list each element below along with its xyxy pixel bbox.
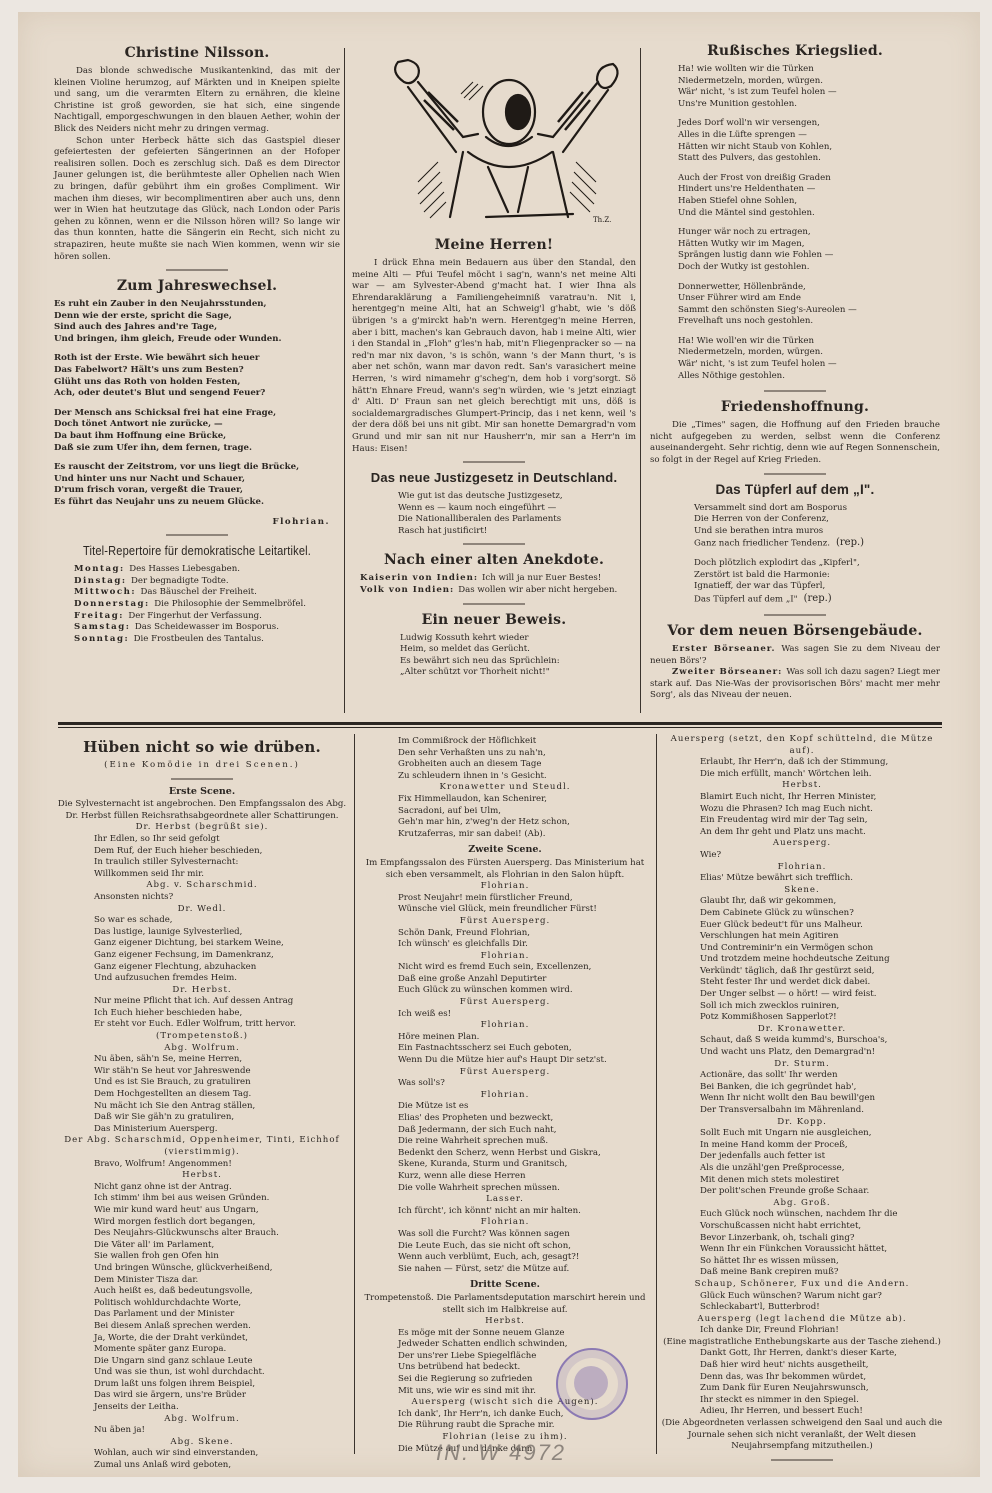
- verse-line: Bei Banken, die ich gegründet hab',: [660, 1082, 944, 1094]
- verse-line: Wenn es — kaum noch eingeführt —: [398, 503, 636, 515]
- repertoire-item: Montag: Des Hasses Liebesgaben.: [74, 564, 340, 576]
- left-top-column: Christine Nilsson. Das blonde schwedisch…: [54, 44, 340, 645]
- divider: [764, 390, 826, 392]
- verse-line: Blamirt Euch nicht, Ihr Herren Minister,: [660, 792, 944, 804]
- verse-line: Und wacht uns Platz, den Demargrad'n!: [660, 1047, 944, 1059]
- stanza: Ha! Wie woll'en wir die TürkenNiedermetz…: [678, 336, 940, 382]
- verse-line: Er steht vor Euch. Edler Wolfrum, tritt …: [54, 1019, 350, 1031]
- stage-direction: Im Empfangssalon des Fürsten Auersperg. …: [358, 858, 652, 881]
- verse-line: Sie nahen — Fürst, setz' die Mütze auf.: [358, 1264, 652, 1276]
- verse-line: Uns're Munition gestohlen.: [678, 99, 940, 111]
- verse-line: Dankt Gott, Ihr Herren, dankt's dieser K…: [660, 1348, 944, 1360]
- verse-line: Vorschußcassen nicht habt errichtet,: [660, 1221, 944, 1233]
- speaker-name: Herbst.: [358, 1316, 652, 1328]
- verse-line: Haben Stiefel ohne Sohlen,: [678, 196, 940, 208]
- comedy-title: Hüben nicht so wie drüben.: [54, 738, 350, 756]
- verse-line: Wenn Du die Mütze hier auf's Haupt Dir s…: [358, 1055, 652, 1067]
- verse-line: Ganz nach friedlicher Tendenz.(rep.): [694, 537, 940, 550]
- verse-line: Es ruht ein Zauber in den Neujahrsstunde…: [54, 299, 340, 311]
- verse-line: Roth ist der Erste. Wie bewährt sich heu…: [54, 353, 340, 365]
- verse-line: Die mich erfüllt, manch' Wörtchen leih.: [660, 769, 944, 781]
- verse-line: Fix Himmellaudon, kan Schenirer,: [358, 794, 652, 806]
- verse-line: Ha! Wie woll'en wir die Türken: [678, 336, 940, 348]
- verse-line: Die Rührung raubt die Sprache mir.: [358, 1420, 652, 1432]
- speaker-name: Der Abg. Scharschmid, Oppenheimer, Tinti…: [54, 1135, 350, 1158]
- speaker-name: Flohrian.: [358, 1217, 652, 1229]
- verse-line: Hätten wir nicht Staub von Kohlen,: [678, 142, 940, 154]
- repertoire-item: Dinstag: Der begnadigte Todte.: [74, 576, 340, 588]
- speaker-name: Abg. Groß.: [660, 1198, 944, 1210]
- speaker-name: Kronawetter und Steudl.: [358, 782, 652, 794]
- verse-line: Wozu die Phrasen? Ich mag Euch nicht.: [660, 804, 944, 816]
- verse-line: Ein Fastnachtsscherz sei Euch geboten,: [358, 1043, 652, 1055]
- speaker-name: Schaup, Schönerer, Fux und die Andern.: [660, 1279, 944, 1291]
- verse-line: Zu schleudern ihnen in 's Gesicht.: [358, 771, 652, 783]
- divider: [463, 603, 525, 605]
- verse-line: Dem Minister Tisza dar.: [54, 1275, 350, 1287]
- verse-line: Prost Neujahr! mein fürstlicher Freund,: [358, 893, 652, 905]
- stage-direction: (Eine magistratliche Enthebungskarte aus…: [660, 1337, 944, 1349]
- verse-line: Dem Hochgestellten an diesem Tag.: [54, 1089, 350, 1101]
- column-rule: [344, 48, 345, 713]
- paragraph: Das blonde schwedische Musikantenkind, d…: [54, 66, 340, 136]
- verse-line: Ich Euch hieher beschieden habe,: [54, 1008, 350, 1020]
- verse-line: Bevor Linzerbank, oh, tschali ging?: [660, 1233, 944, 1245]
- stanza: Der Mensch ans Schicksal frei hat eine F…: [54, 408, 340, 454]
- middle-top-column: Meine Herren! I drück Ehna mein Bedauern…: [352, 236, 636, 679]
- divider: [771, 1459, 833, 1461]
- verse-line: Sollt Euch mit Ungarn nie ausgleichen,: [660, 1128, 944, 1140]
- repertoire-item: Mittwoch: Das Bäuschel der Freiheit.: [74, 587, 340, 599]
- paragraph: Schon unter Herbeck hätte sich das Gasts…: [54, 136, 340, 264]
- verse-line: Wie?: [660, 850, 944, 862]
- repertoire-item: Samstag: Das Scheidewasser im Bosporus.: [74, 622, 340, 634]
- verse-line: Kurz, wenn alle diese Herren: [358, 1171, 652, 1183]
- verse-line: Ihr steckt es nimmer in den Spiegel.: [660, 1395, 944, 1407]
- article-title-jahreswechsel: Zum Jahreswechsel.: [54, 277, 340, 295]
- speaker-name: Abg. v. Scharschmid.: [54, 880, 350, 892]
- scene-heading: Zweite Scene.: [358, 844, 652, 856]
- verse-line: Krutzaferras, mir san dabei! (Ab).: [358, 829, 652, 841]
- verse-line: Das Fabelwort? Hält's uns zum Besten?: [54, 365, 340, 377]
- verse-line: Alles Nöthige gestohlen.: [678, 371, 940, 383]
- verse-line: Drum laßt uns folgen ihrem Beispiel,: [54, 1379, 350, 1391]
- scene-heading: Dritte Scene.: [358, 1279, 652, 1291]
- verse-line: Daß sie zum Ufer ihn, dem fernen, trage.: [54, 443, 340, 455]
- verse-line: Versammelt sind dort am Bosporus: [694, 503, 940, 515]
- stanza: Auch der Frost von dreißig GradenHindert…: [678, 173, 940, 219]
- verse-line: Bravo, Wolfrum! Angenommen!: [54, 1159, 350, 1171]
- verse-line: Nu äben, säh'n Se, meine Herren,: [54, 1054, 350, 1066]
- speech: Das wollen wir aber nicht hergeben.: [458, 585, 617, 595]
- verse-line: Ja, Worte, die der Draht verkündet,: [54, 1333, 350, 1345]
- article-title-kriegslied: Rußisches Kriegslied.: [650, 42, 940, 60]
- speaker-name: Auersperg (legt lachend die Mütze ab).: [660, 1314, 944, 1326]
- friedenshoffnung-text: Die „Times" sagen, die Hoffnung auf den …: [650, 420, 940, 466]
- stanza: Versammelt sind dort am BosporusDie Herr…: [694, 503, 940, 551]
- verse-line: Der Unger selbst — o hört! — wird feist.: [660, 989, 944, 1001]
- verse-line: Das Tüpferl auf dem „I"(rep.): [694, 593, 940, 606]
- verse-line: Doch der Wutky ist gestohlen.: [678, 262, 940, 274]
- speaker-name: Lasser.: [358, 1194, 652, 1206]
- speaker: Zweiter Börseaner:: [672, 667, 786, 677]
- verse-line: Euch Glück noch wünschen, nachdem Ihr di…: [660, 1209, 944, 1221]
- speaker-name: Abg. Wolfrum.: [54, 1414, 350, 1426]
- repertoire-title: Der Fingerhut der Verfassung.: [128, 611, 261, 621]
- verse-line: Niedermetzeln, morden, würgen.: [678, 76, 940, 88]
- speaker-name: Abg. Wolfrum.: [54, 1043, 350, 1055]
- verse-line: Daß hier wird heut' nichts ausgetheilt,: [660, 1360, 944, 1372]
- verse-line: Euch Glück zu wünschen kommen wird.: [358, 985, 652, 997]
- verse-line: Ihr Edlen, so Ihr seid gefolgt: [54, 834, 350, 846]
- boerse-dialogue: Erster Börseaner. Was sagen Sie zu dem N…: [650, 644, 940, 702]
- verse-line: Höre meinen Plan.: [358, 1032, 652, 1044]
- verse-line: Wenn Ihr nicht wollt den Bau bewill'gen: [660, 1093, 944, 1105]
- verse-line: Actionäre, das sollt' Ihr werden: [660, 1070, 944, 1082]
- verse-line: Der jedenfalls auch fetter ist: [660, 1151, 944, 1163]
- speaker-name: Herbst.: [660, 780, 944, 792]
- repertoire-title: Das Bäuschel der Freiheit.: [141, 587, 257, 597]
- divider: [764, 473, 826, 475]
- meine-herren-text: I drück Ehna mein Bedauern aus über den …: [352, 258, 636, 455]
- verse-line: Und hinter uns nur Nacht und Schauer,: [54, 474, 340, 486]
- speaker-name: Dr. Kronawetter.: [660, 1024, 944, 1036]
- verse-line: Zum Dank für Euren Neujahrswunsch,: [660, 1383, 944, 1395]
- verse-line: Wird morgen festlich dort begangen,: [54, 1217, 350, 1229]
- verse-line: Geh'n mar hin, z'weg'n der Hetz schon,: [358, 817, 652, 829]
- verse-line: Wenn Ihr ein Fünkchen Voraussicht hättet…: [660, 1244, 944, 1256]
- verse-line: Daß meine Bank crepiren muß?: [660, 1267, 944, 1279]
- verse-line: Der polit'schen Freunde große Schaar.: [660, 1186, 944, 1198]
- verse-line: Grobheiten auch an diesem Tage: [358, 759, 652, 771]
- dialogue-line: Zweiter Börseaner: Was soll ich dazu sag…: [650, 667, 940, 702]
- verse-line: Doch tönet Antwort nie zurücke, —: [54, 419, 340, 431]
- verse-line: Und bringen Wünsche, glückverheißend,: [54, 1263, 350, 1275]
- verse-line: Daß Jedermann, der sich Euch naht,: [358, 1125, 652, 1137]
- beweis-poem: Ludwig Kossuth kehrt wiederHeim, so meld…: [352, 633, 636, 679]
- verse-line: Was soll die Furcht? Was können sagen: [358, 1229, 652, 1241]
- verse-line: Im Commißrock der Höflichkeit: [358, 736, 652, 748]
- right-top-column: Rußisches Kriegslied. Ha! wie wollten wi…: [650, 42, 940, 702]
- verse-line: Die Väter all' im Parlament,: [54, 1240, 350, 1252]
- verse-line: Daß wir Sie gäh'n zu gratuliren,: [54, 1112, 350, 1124]
- section-divider: [58, 722, 942, 725]
- speaker-name: Flohrian.: [358, 1090, 652, 1102]
- repertoire-title: Die Philosophie der Semmelbröfel.: [154, 599, 306, 609]
- comedy-text: Erste Scene.Die Sylvesternacht ist angeb…: [54, 786, 350, 1472]
- dialogue-line: Volk von Indien: Das wollen wir aber nic…: [360, 585, 636, 597]
- speaker-name: Dr. Kopp.: [660, 1117, 944, 1129]
- verse-line: Potz Kommißhosen Sapperlot?!: [660, 1012, 944, 1024]
- article-title-justizgesetz: Das neue Justizgesetz in Deutschland.: [352, 469, 636, 487]
- verse-line: Und was sie thun, ist wohl durchdacht.: [54, 1367, 350, 1379]
- verse-line: Zerstört ist bald die Harmonie:: [694, 570, 940, 582]
- verse-line: Ich danke Dir, Freund Flohrian!: [660, 1325, 944, 1337]
- weekday: Dinstag:: [74, 576, 131, 586]
- speaker-name: Dr. Sturm.: [660, 1059, 944, 1071]
- verse-line: Und bringen, ihm gleich, Freude oder Wun…: [54, 334, 340, 346]
- comedy-subtitle: (Eine Komödie in drei Scenen.): [54, 760, 350, 772]
- stanza: Doch plötzlich explodirt das „Kipferl",Z…: [694, 558, 940, 606]
- verse-line: Alles in die Lüfte sprengen —: [678, 130, 940, 142]
- verse-line: Heim, so meldet das Gerücht.: [400, 644, 636, 656]
- verse-line: Unser Führer wird am Ende: [678, 293, 940, 305]
- verse-line: Soll ich mich zwecklos ruiniren,: [660, 1001, 944, 1013]
- verse-line: In traulich stiller Sylvesternacht:: [54, 857, 350, 869]
- speaker-name: Flohrian.: [358, 881, 652, 893]
- verse-line: Des Neujahrs-Glückwunschs alter Brauch.: [54, 1228, 350, 1240]
- inventory-number: IN. W 4972: [436, 1440, 566, 1466]
- nilsson-text: Das blonde schwedische Musikantenkind, d…: [54, 66, 340, 263]
- verse-line: Und Contreminir'n ein Vermögen schon: [660, 943, 944, 955]
- verse-line: So war es schade,: [54, 915, 350, 927]
- divider: [166, 534, 228, 536]
- signature: Flohrian.: [54, 517, 340, 529]
- comedy-column-1: Hüben nicht so wie drüben. (Eine Komödie…: [54, 738, 350, 1472]
- verse-line: In meine Hand komm der Proceß,: [660, 1140, 944, 1152]
- speaker-name: Dr. Herbst (begrüßt sie).: [54, 822, 350, 834]
- verse-line: Die Ungarn sind ganz schlaue Leute: [54, 1356, 350, 1368]
- verse-line: Glüht uns das Roth von holden Festen,: [54, 377, 340, 389]
- verse-line: Politisch wohldurchdachte Worte,: [54, 1298, 350, 1310]
- verse-line: Der Transversalbahn im Mährenland.: [660, 1105, 944, 1117]
- repertoire-title: Der begnadigte Todte.: [131, 576, 229, 586]
- repertoire-item: Freitag: Der Fingerhut der Verfassung.: [74, 611, 340, 623]
- verse-line: Doch plötzlich explodirt das „Kipferl",: [694, 558, 940, 570]
- comedy-text: Im Commißrock der HöflichkeitDen sehr Ve…: [358, 736, 652, 1455]
- verse-line: Frevelhaft uns noch gestohlen.: [678, 316, 940, 328]
- verse-line: Es führt das Neujahr uns zu neuem Glücke…: [54, 497, 340, 509]
- verse-line: Schaut, daß S weida kummd's, Burschoa's,: [660, 1035, 944, 1047]
- verse-line: Daß eine große Anzahl Deputirter: [358, 974, 652, 986]
- kriegslied-poem: Ha! wie wollten wir die TürkenNiedermetz…: [650, 64, 940, 382]
- verse-line: Die Mütze ist es: [358, 1101, 652, 1113]
- verse-line: Was soll's?: [358, 1078, 652, 1090]
- speaker-name: Auersperg.: [660, 838, 944, 850]
- verse-line: Glück Euch wünschen? Warum nicht gar?: [660, 1291, 944, 1303]
- repertoire-title: Die Frostbeulen des Tantalus.: [134, 634, 264, 644]
- verse-line: Ein Freudentag wird mir der Tag sein,: [660, 815, 944, 827]
- dialogue-line: Kaiserin von Indien: Ich will ja nur Eue…: [360, 573, 636, 585]
- speaker: Volk von Indien:: [360, 585, 458, 595]
- verse-line: An dem Ihr geht und Platz uns macht.: [660, 827, 944, 839]
- divider: [166, 269, 228, 271]
- stanza: Ha! wie wollten wir die TürkenNiedermetz…: [678, 64, 940, 110]
- speaker-name: Fürst Auersperg.: [358, 916, 652, 928]
- speaker-name: (Trompetenstoß.): [54, 1031, 350, 1043]
- verse-line: Jedweder Schatten endlich schwinden,: [358, 1339, 652, 1351]
- verse-line: Die volle Wahrheit sprechen müssen.: [358, 1183, 652, 1195]
- verse-line: Das Ministerium Auersperg.: [54, 1124, 350, 1136]
- speaker-name: Fürst Auersperg.: [358, 1067, 652, 1079]
- column-rule: [354, 734, 355, 1454]
- verse-line: Mit denen mich stets molestiret: [660, 1175, 944, 1187]
- stanza: Donnerwetter, Höllenbrände,Unser Führer …: [678, 282, 940, 328]
- verse-line: Dem Cabinete Glück zu wünschen?: [660, 908, 944, 920]
- comedy-text: Auersperg (setzt, den Kopf schüttelnd, d…: [660, 734, 944, 1453]
- verse-line: Ich wünsch' es gleichfalls Dir.: [358, 939, 652, 951]
- weekday: Donnerstag:: [74, 599, 154, 609]
- verse-line: Jenseits der Leitha.: [54, 1402, 350, 1414]
- verse-line: Steht fester Ihr und werdet dick dabei.: [660, 977, 944, 989]
- verse-line: Nicht ganz ohne ist der Antrag.: [54, 1182, 350, 1194]
- verse-line: Ansonsten nichts?: [54, 892, 350, 904]
- stanza: Es ruht ein Zauber in den Neujahrsstunde…: [54, 299, 340, 345]
- verse-line: Erlaubt, Ihr Herr'n, daß ich der Stimmun…: [660, 757, 944, 769]
- verse-line: Elias' des Propheten und bezweckt,: [358, 1113, 652, 1125]
- verse-line: Und sie berathen intra muros: [694, 526, 940, 538]
- scene-heading: Erste Scene.: [54, 786, 350, 798]
- verse-line: Da baut ihm Hoffnung eine Brücke,: [54, 431, 340, 443]
- weekday: Mittwoch:: [74, 587, 141, 597]
- verse-line: Und es ist Sie Brauch, zu gratuliren: [54, 1077, 350, 1089]
- article-title-tuepferl: Das Tüpferl auf dem „I".: [650, 481, 940, 499]
- verse-line: Hindert uns're Heldenthaten —: [678, 184, 940, 196]
- article-title-anekdote: Nach einer alten Anekdote.: [352, 551, 636, 569]
- verse-line: Jedes Dorf woll'n wir versengen,: [678, 118, 940, 130]
- divider: [463, 543, 525, 545]
- verse-line: Die reine Wahrheit sprechen muß.: [358, 1136, 652, 1148]
- speaker-name: Abg. Skene.: [54, 1437, 350, 1449]
- weekday: Samstag:: [74, 622, 135, 632]
- verse-line: Ganz eigener Flechtung, abzuhacken: [54, 962, 350, 974]
- section-divider: [58, 727, 942, 728]
- verse-line: Und trotzdem meine hochdeutsche Zeitung: [660, 954, 944, 966]
- verse-line: So hättet Ihr es wissen müssen,: [660, 1256, 944, 1268]
- justizgesetz-poem: Wie gut ist das deutsche Justizgesetz,We…: [352, 491, 636, 537]
- refrain-mark: (rep.): [836, 537, 864, 549]
- verse-line: Ganz eigener Dichtung, bei starkem Weine…: [54, 938, 350, 950]
- article-title-nilsson: Christine Nilsson.: [54, 44, 340, 62]
- stanza: Es rauscht der Zeitstrom, vor uns liegt …: [54, 462, 340, 508]
- repertoire-title: Das Scheidewasser im Bosporus.: [135, 622, 279, 632]
- speaker: Erster Börseaner.: [672, 644, 781, 654]
- verse-line: Wär' nicht, 's ist zum Teufel holen —: [678, 87, 940, 99]
- verse-line: Das wird sie ärgern, uns're Brüder: [54, 1390, 350, 1402]
- verse-line: Nicht wird es fremd Euch sein, Excellenz…: [358, 962, 652, 974]
- anekdote-dialogue: Kaiserin von Indien: Ich will ja nur Eue…: [352, 573, 636, 596]
- verse-line: Auch der Frost von dreißig Graden: [678, 173, 940, 185]
- verse-line: Ganz eigener Fechsung, im Damenkranz,: [54, 950, 350, 962]
- verse-line: Verkündt' täglich, daß Ihr gestürzt seid…: [660, 966, 944, 978]
- verse-line: Wie mir kund ward heut' aus Ungarn,: [54, 1205, 350, 1217]
- speaker-name: Flohrian.: [358, 1020, 652, 1032]
- illustration-signature: Th.Z.: [593, 216, 611, 224]
- verse-line: D'rum frisch voran, vergeßt die Trauer,: [54, 485, 340, 497]
- verse-line: Dem Ruf, der Euch hieher beschieden,: [54, 846, 350, 858]
- verse-line: Zumal uns Anlaß wird geboten,: [54, 1460, 350, 1472]
- repertoire-item: Donnerstag: Die Philosophie der Semmelbr…: [74, 599, 340, 611]
- speaker-name: Dr. Herbst.: [54, 985, 350, 997]
- stage-direction: Trompetenstoß. Die Parlamentsdeputation …: [358, 1293, 652, 1316]
- article-title-boerse: Vor dem neuen Börsengebäude.: [650, 622, 940, 640]
- jahreswechsel-poem: Es ruht ein Zauber in den Neujahrsstunde…: [54, 299, 340, 509]
- verse-line: Das Parlament und der Minister: [54, 1309, 350, 1321]
- speaker: Kaiserin von Indien:: [360, 573, 482, 583]
- verse-line: Momente später ganz Europa.: [54, 1344, 350, 1356]
- verse-line: Ludwig Kossuth kehrt wieder: [400, 633, 636, 645]
- verse-line: Niedermetzeln, morden, würgen.: [678, 347, 940, 359]
- speaker-name: Flohrian.: [358, 951, 652, 963]
- verse-line: Wir stäh'n Se heut vor Jahreswende: [54, 1066, 350, 1078]
- verse-line: Die Nationalliberalen des Parlaments: [398, 514, 636, 526]
- verse-line: Den sehr Verhaßten uns zu nah'n,: [358, 748, 652, 760]
- verse-line: Sie wallen froh gen Ofen hin: [54, 1251, 350, 1263]
- verse-line: Sprängen lustig dann wie Fohlen —: [678, 250, 940, 262]
- verse-line: Rasch hat justificirt!: [398, 526, 636, 538]
- verse-line: Wohlan, auch wir sind einverstanden,: [54, 1448, 350, 1460]
- speech: Ich will ja nur Euer Bestes!: [482, 573, 601, 583]
- verse-line: Ich stimm' ihm bei aus weisen Gründen.: [54, 1193, 350, 1205]
- repertoire-item: Sonntag: Die Frostbeulen des Tantalus.: [74, 634, 340, 646]
- comedy-column-2: Im Commißrock der HöflichkeitDen sehr Ve…: [358, 736, 652, 1455]
- weekday: Freitag:: [74, 611, 128, 621]
- verse-line: Ha! wie wollten wir die Türken: [678, 64, 940, 76]
- verse-line: Adieu, Ihr Herren, und bessert Euch!: [660, 1406, 944, 1418]
- verse-line: Wenn auch verblümt, Euch, ach, gesagt?!: [358, 1252, 652, 1264]
- verse-line: Sind auch des Jahres and're Tage,: [54, 322, 340, 334]
- verse-line: Schön Dank, Freund Flohrian,: [358, 928, 652, 940]
- speaker-name: Flohrian.: [660, 862, 944, 874]
- speaker-name: Fürst Auersperg.: [358, 997, 652, 1009]
- verse-line: Nu mächt ich Sie den Antrag ställen,: [54, 1101, 350, 1113]
- article-title-repertoire: Titel-Repertoire für demokratische Leita…: [75, 542, 318, 560]
- article-title-beweis: Ein neuer Beweis.: [352, 611, 636, 629]
- divider: [171, 778, 233, 780]
- verse-line: Wie gut ist das deutsche Justizgesetz,: [398, 491, 636, 503]
- stage-direction: (Die Abgeordneten verlassen schweigend d…: [660, 1418, 944, 1453]
- verse-line: Als die unzähl'gen Preßprocesse,: [660, 1163, 944, 1175]
- divider: [463, 461, 525, 463]
- verse-line: Donnerwetter, Höllenbrände,: [678, 282, 940, 294]
- speaker-name: Herbst.: [54, 1170, 350, 1182]
- verse-line: Statt des Pulvers, das gestohlen.: [678, 153, 940, 165]
- column-rule: [640, 48, 641, 713]
- verse-line: Euer Glück bedeut't für uns Malheur.: [660, 920, 944, 932]
- verse-line: Es möge mit der Sonne neuem Glanze: [358, 1328, 652, 1340]
- verse-line: „Alter schützt vor Thorheit nicht!": [400, 667, 636, 679]
- refrain-mark: (rep.): [804, 593, 832, 605]
- dialogue-line: Erster Börseaner. Was sagen Sie zu dem N…: [650, 644, 940, 667]
- speaker-name: Dr. Wedl.: [54, 904, 350, 916]
- verse-line: Sammt den schönsten Sieg's-Aureolen —: [678, 305, 940, 317]
- museum-stamp: [556, 1348, 628, 1420]
- article-title-meine-herren: Meine Herren!: [352, 236, 636, 254]
- verse-line: Hätten Wutky wir im Magen,: [678, 239, 940, 251]
- verse-line: Die Herren von der Conferenz,: [694, 514, 940, 526]
- tuepferl-poem: Versammelt sind dort am BosporusDie Herr…: [650, 503, 940, 606]
- verse-line: Ach, oder deutet's Blut und sengend Feue…: [54, 388, 340, 400]
- verse-line: Das lustige, launige Sylvesterlied,: [54, 927, 350, 939]
- verse-line: Schleckabart'l, Butterbrod!: [660, 1302, 944, 1314]
- stanza: Jedes Dorf woll'n wir versengen,Alles in…: [678, 118, 940, 164]
- verse-line: Verschlungen hat mein Agitiren: [660, 931, 944, 943]
- speaker-name: Auersperg (setzt, den Kopf schüttelnd, d…: [660, 734, 944, 757]
- divider: [764, 614, 826, 616]
- speaker-name: Skene.: [660, 885, 944, 897]
- stanza: Roth ist der Erste. Wie bewährt sich heu…: [54, 353, 340, 399]
- verse-line: Elias' Mütze bewährt sich trefflich.: [660, 873, 944, 885]
- verse-line: Nu äben ja!: [54, 1425, 350, 1437]
- verse-line: Bedenkt den Scherz, wenn Herbst und Gisk…: [358, 1148, 652, 1160]
- verse-line: Und die Mäntel sind gestohlen.: [678, 208, 940, 220]
- repertoire-list: Montag: Des Hasses Liebesgaben.Dinstag: …: [54, 564, 340, 645]
- verse-line: Wär' nicht, 's ist zum Teufel holen —: [678, 359, 940, 371]
- stage-direction: Die Sylvesternacht ist angebrochen. Den …: [54, 799, 350, 822]
- weekday: Montag:: [74, 564, 129, 574]
- verse-line: Glaubt Ihr, daß wir gekommen,: [660, 896, 944, 908]
- column-rule: [656, 734, 657, 1454]
